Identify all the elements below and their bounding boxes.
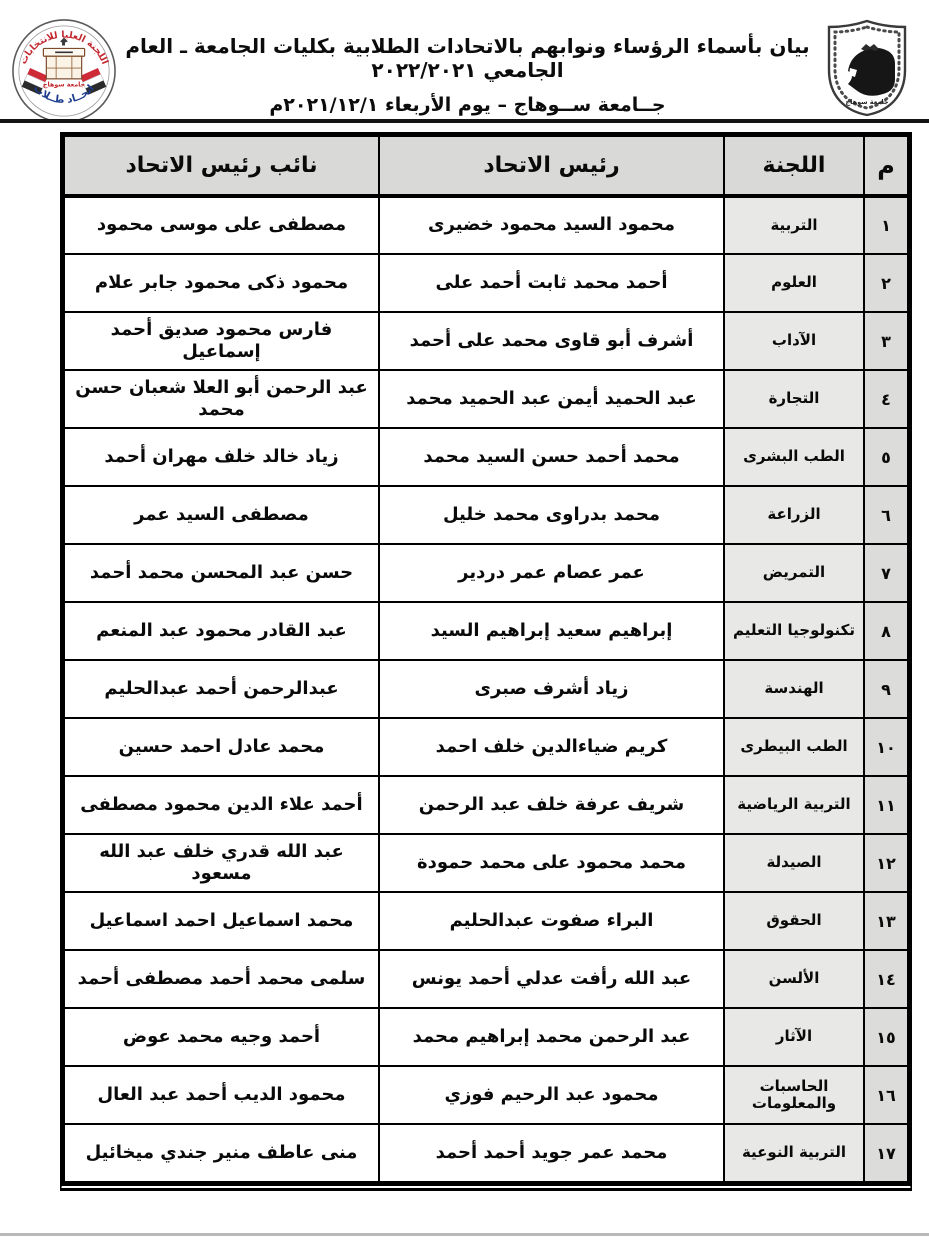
cell-num: ٧	[864, 544, 908, 602]
document-title-line2: جــامعة ســوهاج – يوم الأربعاء ٢٠٢١/١٢/١…	[118, 94, 817, 116]
university-shield-icon: جامعة سوهاج	[817, 16, 917, 118]
document-header: جامعة سوهاج بيان بأسماء الرؤساء ونوابهم …	[0, 0, 929, 118]
cell-committee: التربية	[724, 196, 864, 254]
table-row: ٩الهندسةزياد أشرف صبرىعبدالرحمن أحمد عبد…	[64, 660, 908, 718]
cell-president: عبد الحميد أيمن عبد الحميد محمد	[379, 370, 724, 428]
cell-president: محمد محمود على محمد حمودة	[379, 834, 724, 892]
table-row: ١١التربية الرياضيةشريف عرفة خلف عبد الرح…	[64, 776, 908, 834]
document-page: جامعة سوهاج بيان بأسماء الرؤساء ونوابهم …	[0, 0, 929, 1242]
elections-emblem-icon: جامعة سوهاج اللجنة العليا للانتخابات اتح…	[10, 16, 118, 126]
cell-president: زياد أشرف صبرى	[379, 660, 724, 718]
cell-vice: محمود ذكى محمود جابر علام	[64, 254, 379, 312]
table-row: ١٦الحاسبات والمعلوماتمحمود عبد الرحيم فو…	[64, 1066, 908, 1124]
cell-committee: التربية النوعية	[724, 1124, 864, 1182]
cell-committee: العلوم	[724, 254, 864, 312]
cell-num: ١٧	[864, 1124, 908, 1182]
table-body: ١التربيةمحمود السيد محمود خضيرىمصطفى على…	[64, 196, 908, 1182]
cell-num: ١١	[864, 776, 908, 834]
cell-vice: مصطفى على موسى محمود	[64, 196, 379, 254]
cell-num: ١٦	[864, 1066, 908, 1124]
cell-president: البراء صفوت عبدالحليم	[379, 892, 724, 950]
cell-committee: الطب البيطرى	[724, 718, 864, 776]
cell-president: محمود عبد الرحيم فوزي	[379, 1066, 724, 1124]
table-row: ١٤الألسنعبد الله رأفت عدلي أحمد يونسسلمى…	[64, 950, 908, 1008]
cell-president: كريم ضياءالدين خلف احمد	[379, 718, 724, 776]
cell-vice: حسن عبد المحسن محمد أحمد	[64, 544, 379, 602]
table-row: ٨تكنولوجيا التعليمإبراهيم سعيد إبراهيم ا…	[64, 602, 908, 660]
table-row: ٥الطب البشرىمحمد أحمد حسن السيد محمدزياد…	[64, 428, 908, 486]
cell-num: ٤	[864, 370, 908, 428]
cell-num: ٩	[864, 660, 908, 718]
table-row: ٢العلومأحمد محمد ثابت أحمد علىمحمود ذكى …	[64, 254, 908, 312]
table-row: ٧التمريضعمر عصام عمر درديرحسن عبد المحسن…	[64, 544, 908, 602]
emblem-center-text: جامعة سوهاج	[43, 81, 85, 89]
cell-president: محمد عمر جويد أحمد أحمد	[379, 1124, 724, 1182]
cell-vice: أحمد علاء الدين محمود مصطفى	[64, 776, 379, 834]
cell-committee: الزراعة	[724, 486, 864, 544]
column-header-president: رئيس الاتحاد	[379, 136, 724, 196]
table-header-row: م اللجنة رئيس الاتحاد نائب رئيس الاتحاد	[64, 136, 908, 196]
cell-committee: تكنولوجيا التعليم	[724, 602, 864, 660]
cell-president: عمر عصام عمر دردير	[379, 544, 724, 602]
cell-vice: زياد خالد خلف مهران أحمد	[64, 428, 379, 486]
cell-vice: عبدالرحمن أحمد عبدالحليم	[64, 660, 379, 718]
bottom-scan-line	[0, 1233, 929, 1236]
cell-president: عبد الله رأفت عدلي أحمد يونس	[379, 950, 724, 1008]
table-row: ١٥الآثارعبد الرحمن محمد إبراهيم محمدأحمد…	[64, 1008, 908, 1066]
cell-committee: التجارة	[724, 370, 864, 428]
cell-committee: الآداب	[724, 312, 864, 370]
cell-num: ٦	[864, 486, 908, 544]
header-divider-rule	[0, 119, 929, 123]
cell-vice: محمد عادل احمد حسين	[64, 718, 379, 776]
cell-committee: الهندسة	[724, 660, 864, 718]
cell-vice: عبد القادر محمود عبد المنعم	[64, 602, 379, 660]
document-titles: بيان بأسماء الرؤساء ونوابهم بالاتحادات ا…	[118, 34, 817, 116]
cell-num: ٨	[864, 602, 908, 660]
cell-num: ١٠	[864, 718, 908, 776]
cell-committee: الحقوق	[724, 892, 864, 950]
table-row: ١٧التربية النوعيةمحمد عمر جويد أحمد أحمد…	[64, 1124, 908, 1182]
cell-president: محمود السيد محمود خضيرى	[379, 196, 724, 254]
cell-vice: فارس محمود صديق أحمد إسماعيل	[64, 312, 379, 370]
cell-committee: الصيدلة	[724, 834, 864, 892]
table-row: ١٣الحقوقالبراء صفوت عبدالحليممحمد اسماعي…	[64, 892, 908, 950]
cell-committee: الألسن	[724, 950, 864, 1008]
cell-president: أشرف أبو قاوى محمد على أحمد	[379, 312, 724, 370]
cell-president: محمد بدراوى محمد خليل	[379, 486, 724, 544]
table-row: ١التربيةمحمود السيد محمود خضيرىمصطفى على…	[64, 196, 908, 254]
cell-num: ١٢	[864, 834, 908, 892]
cell-president: أحمد محمد ثابت أحمد على	[379, 254, 724, 312]
cell-committee: الطب البشرى	[724, 428, 864, 486]
table-row: ٤التجارةعبد الحميد أيمن عبد الحميد محمدع…	[64, 370, 908, 428]
cell-committee: التربية الرياضية	[724, 776, 864, 834]
cell-num: ١	[864, 196, 908, 254]
table-row: ١٠الطب البيطرىكريم ضياءالدين خلف احمدمحم…	[64, 718, 908, 776]
cell-president: محمد أحمد حسن السيد محمد	[379, 428, 724, 486]
column-header-number: م	[864, 136, 908, 196]
cell-committee: الآثار	[724, 1008, 864, 1066]
column-header-vice-president: نائب رئيس الاتحاد	[64, 136, 379, 196]
document-title-line1: بيان بأسماء الرؤساء ونوابهم بالاتحادات ا…	[118, 34, 817, 82]
cell-vice: مصطفى السيد عمر	[64, 486, 379, 544]
cell-num: ٣	[864, 312, 908, 370]
elections-committee-logo: جامعة سوهاج اللجنة العليا للانتخابات اتح…	[10, 16, 118, 130]
table-row: ١٢الصيدلةمحمد محمود على محمد حمودةعبد ال…	[64, 834, 908, 892]
table-header: م اللجنة رئيس الاتحاد نائب رئيس الاتحاد	[64, 136, 908, 196]
cell-president: شريف عرفة خلف عبد الرحمن	[379, 776, 724, 834]
cell-vice: محمد اسماعيل احمد اسماعيل	[64, 892, 379, 950]
cell-num: ١٥	[864, 1008, 908, 1066]
cell-vice: محمود الديب أحمد عبد العال	[64, 1066, 379, 1124]
cell-vice: منى عاطف منير جندي ميخائيل	[64, 1124, 379, 1182]
column-header-committee: اللجنة	[724, 136, 864, 196]
cell-num: ٢	[864, 254, 908, 312]
table-row: ٦الزراعةمحمد بدراوى محمد خليلمصطفى السيد…	[64, 486, 908, 544]
unions-table-wrap: م اللجنة رئيس الاتحاد نائب رئيس الاتحاد …	[60, 132, 912, 1191]
table-row: ٣الآدابأشرف أبو قاوى محمد على أحمدفارس م…	[64, 312, 908, 370]
cell-president: إبراهيم سعيد إبراهيم السيد	[379, 602, 724, 660]
cell-vice: عبد الرحمن أبو العلا شعبان حسن محمد	[64, 370, 379, 428]
cell-vice: سلمى محمد أحمد مصطفى أحمد	[64, 950, 379, 1008]
cell-committee: الحاسبات والمعلومات	[724, 1066, 864, 1124]
cell-president: عبد الرحمن محمد إبراهيم محمد	[379, 1008, 724, 1066]
cell-committee: التمريض	[724, 544, 864, 602]
cell-vice: أحمد وجيه محمد عوض	[64, 1008, 379, 1066]
cell-num: ١٤	[864, 950, 908, 1008]
cell-num: ٥	[864, 428, 908, 486]
university-logo-caption: جامعة سوهاج	[845, 98, 888, 106]
unions-table: م اللجنة رئيس الاتحاد نائب رئيس الاتحاد …	[63, 135, 909, 1183]
cell-vice: عبد الله قدري خلف عبد الله مسعود	[64, 834, 379, 892]
sohag-university-logo: جامعة سوهاج	[817, 16, 917, 122]
cell-num: ١٣	[864, 892, 908, 950]
